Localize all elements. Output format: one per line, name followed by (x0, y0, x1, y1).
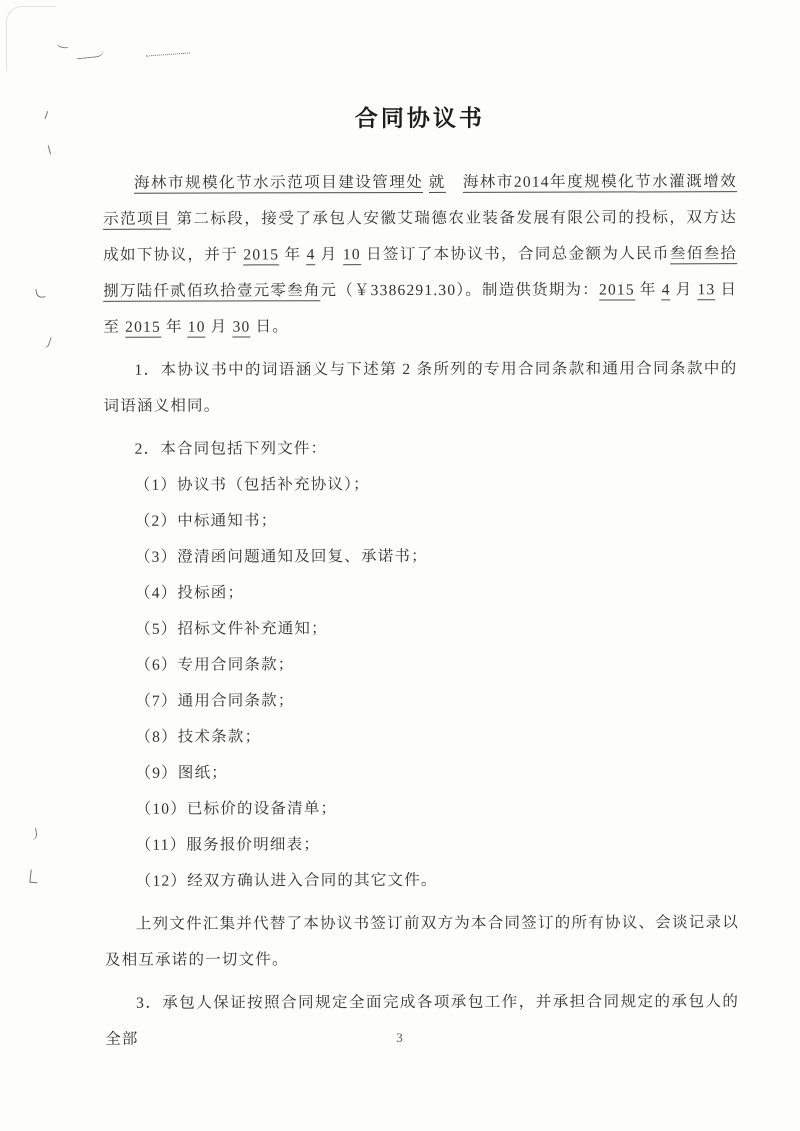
filled-blank-text: 海林市规模化节水示范项目建设管理处 (134, 174, 423, 194)
contract-list-item: （7）通用合同条款； (104, 682, 738, 720)
contract-paragraph: 上列文件汇集并代替了本协议书签订前双方为本合同签订的所有协议、会谈记录以及相互承… (105, 905, 739, 979)
scan-mark (29, 828, 38, 841)
filled-blank-text: 就 (429, 174, 446, 193)
text-run: （3）澄清函问题通知及回复、承诺书； (135, 548, 428, 566)
document-title: 合同协议书 (103, 99, 737, 134)
contract-paragraph: 1．本协议书中的词语涵义与下述第 2 条所列的专用合同条款和通用合同条款中的词语… (103, 351, 737, 425)
scan-mark (57, 41, 70, 49)
filled-blank-text: 30 (233, 318, 251, 337)
contract-list-item: （4）投标函； (104, 574, 738, 612)
text-run: （9）图纸； (135, 765, 227, 782)
contract-list-item: （10）已标价的设备清单； (105, 790, 739, 828)
text-run: 月 (206, 318, 233, 335)
scan-mark (29, 870, 38, 884)
text-run: （8）技术条款； (135, 728, 261, 745)
text-run: 日。 (250, 318, 289, 335)
contract-list-item: （1）协议书（包括补充协议）； (104, 466, 738, 504)
scan-mark (35, 287, 46, 298)
text-run: （6）专用合同条款； (135, 656, 294, 673)
text-run: （7）通用合同条款； (135, 692, 294, 709)
scan-mark (39, 109, 48, 119)
contract-list-item: （6）专用合同条款； (104, 646, 738, 684)
contract-list-item: （5）招标文件补充通知； (104, 610, 738, 648)
scan-mark (146, 48, 190, 56)
text-run: 日签订了本协议书，合同总金额为人民币 (361, 245, 670, 263)
contract-list-item: （12）经双方确认进入合同的其它文件。 (105, 862, 739, 900)
text-run: 月 (671, 281, 698, 298)
text-run: （2）中标通知书； (135, 512, 278, 529)
text-run: 1．本协议书中的词语涵义与下述第 2 条所列的专用合同条款和通用合同条款中的词语… (104, 360, 738, 415)
contract-list-item: （9）图纸； (104, 754, 738, 792)
scan-mark (43, 145, 51, 155)
filled-blank-text: 2015 (125, 319, 161, 338)
filled-blank-text: 2015 (243, 246, 279, 265)
contract-list-item: （2）中标通知书； (104, 502, 738, 540)
text-run: （4）投标函； (135, 584, 244, 601)
text-run (446, 174, 463, 191)
text-run: 元（￥3386291.30）。制造供货期为： (321, 282, 599, 300)
scan-mark (76, 47, 105, 60)
text-run: （5）招标文件补充通知； (135, 620, 328, 638)
filled-blank-text: 10 (188, 319, 206, 338)
page-number: 3 (0, 1030, 800, 1046)
document-body: 海林市规模化节水示范项目建设管理处 就 海林市2014年度规模化节水灌溉增效示范… (103, 164, 739, 1058)
contract-list-item: （11）服务报价明细表； (105, 826, 739, 864)
text-run: （10）已标价的设备清单； (136, 800, 338, 818)
text-run: 上列文件汇集并代替了本协议书签订前双方为本合同签订的所有协议、会谈记录以及相互承… (105, 914, 739, 969)
scanned-contract-page: 合同协议书 海林市规模化节水示范项目建设管理处 就 海林市2014年度规模化节水… (0, 0, 800, 1131)
document-content: 合同协议书 海林市规模化节水示范项目建设管理处 就 海林市2014年度规模化节水… (103, 99, 740, 1058)
text-run: 2．本合同包括下列文件： (135, 440, 328, 458)
contract-list-item: （3）澄清函问题通知及回复、承诺书； (104, 538, 738, 576)
filled-blank-text: 10 (343, 246, 361, 265)
filled-blank-text: 2015 (599, 281, 635, 300)
filled-blank-text: 13 (698, 281, 716, 300)
text-run: （12）经双方确认进入合同的其它文件。 (136, 872, 438, 890)
text-run: 月 (316, 246, 343, 263)
text-run: 年 (279, 246, 306, 263)
text-run: （11）服务报价明细表； (136, 836, 320, 853)
contract-paragraph: 3．承包人保证按照合同规定全面完成各项承包工作，并承担合同规定的承包人的全部 (105, 984, 739, 1058)
text-run: 年 (635, 281, 662, 298)
scan-mark (40, 335, 51, 349)
text-run: （1）协议书（包括补充协议）； (135, 476, 370, 494)
contract-paragraph: 海林市规模化节水示范项目建设管理处 就 海林市2014年度规模化节水灌溉增效示范… (103, 164, 737, 346)
text-run: 年 (161, 319, 188, 336)
page-corner-edge (6, 6, 55, 71)
contract-paragraph: 2．本合同包括下列文件： (104, 430, 738, 468)
contract-list-item: （8）技术条款； (104, 718, 738, 756)
